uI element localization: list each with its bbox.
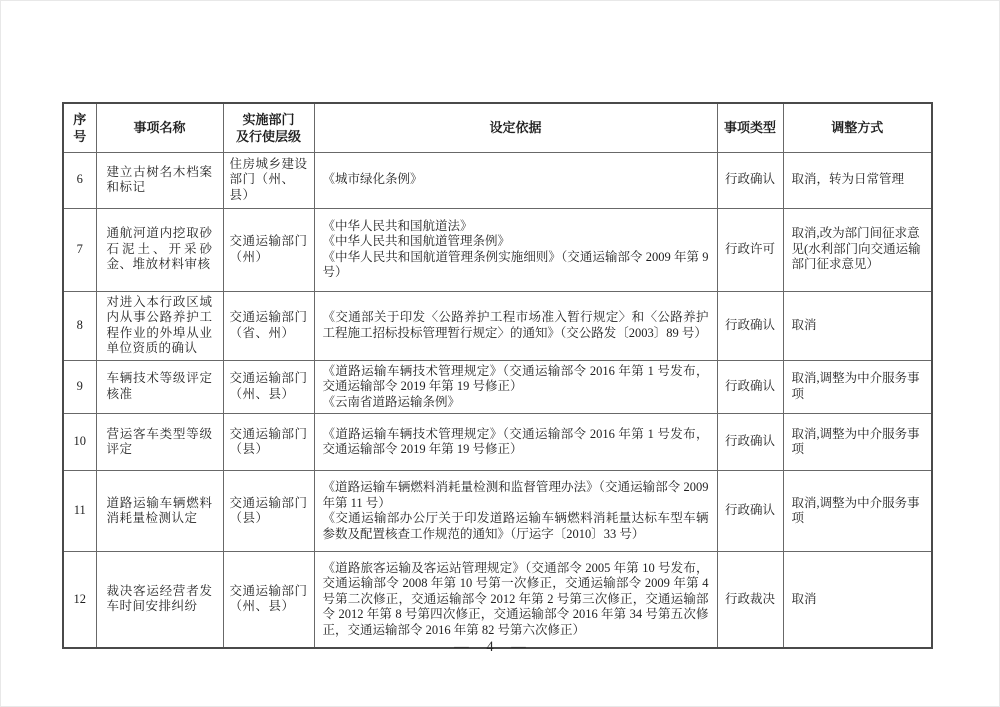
table-row: 12 裁决客运经营者发车时间安排纠纷 交通运输部门 （州、县） 《道路旅客运输及… bbox=[63, 552, 932, 648]
row-serial-number-cell: 7 bbox=[63, 208, 96, 291]
department-cell: 交通运输部门 （州） bbox=[223, 208, 314, 291]
item-type-cell: 行政确认 bbox=[717, 291, 783, 360]
table-body: 6 建立古树名木档案和标记 住房城乡建设 部门（州、县） 《城市绿化条例》 行政… bbox=[63, 152, 932, 648]
header-row: 序 号 事项名称 实施部门 及行使层级 设定依据 事项类型 调整方式 bbox=[63, 103, 932, 152]
item-type-cell: 行政许可 bbox=[717, 208, 783, 291]
table-row: 10 营运客车类型等级评定 交通运输部门 （县） 《道路运输车辆技术管理规定》（… bbox=[63, 414, 932, 471]
item-type-cell: 行政确认 bbox=[717, 152, 783, 208]
legal-basis-entry: 《中华人民共和国航道管理条例实施细则》（交通运输部令 2009 年第 9 号） bbox=[323, 250, 709, 281]
page-number-footer: — 4 — bbox=[1, 639, 981, 656]
item-name-cell: 车辆技术等级评定核准 bbox=[96, 360, 223, 414]
header-item-type: 事项类型 bbox=[717, 103, 783, 152]
legal-basis-cell: 《道路运输车辆技术管理规定》（交通运输部令 2016 年第 1 号发布，交通运输… bbox=[314, 360, 717, 414]
items-table: 序 号 事项名称 实施部门 及行使层级 设定依据 事项类型 调整方式 6 建立古… bbox=[62, 102, 933, 649]
legal-basis-cell: 《城市绿化条例》 bbox=[314, 152, 717, 208]
legal-basis-cell: 《中华人民共和国航道法》《中华人民共和国航道管理条例》《中华人民共和国航道管理条… bbox=[314, 208, 717, 291]
adjustment-cell: 取消,调整为中介服务事项 bbox=[783, 471, 932, 552]
legal-basis-cell: 《交通部关于印发〈公路养护工程市场准入暂行规定〉和〈公路养护工程施工招标投标管理… bbox=[314, 291, 717, 360]
legal-basis-entry: 《交通运输部办公厅关于印发道路运输车辆燃料消耗量达标车型车辆参数及配置核查工作规… bbox=[323, 511, 709, 542]
legal-basis-entry: 《中华人民共和国航道管理条例》 bbox=[323, 234, 709, 250]
item-name-cell: 裁决客运经营者发车时间安排纠纷 bbox=[96, 552, 223, 648]
department-cell: 交通运输部门 （省、州） bbox=[223, 291, 314, 360]
adjustment-cell: 取消 bbox=[783, 291, 932, 360]
adjustment-cell: 取消,改为部门间征求意见(水利部门向交通运输部门征求意见） bbox=[783, 208, 932, 291]
table-row: 8 对进入本行政区域内从事公路养护工程作业的外埠从业单位资质的确认 交通运输部门… bbox=[63, 291, 932, 360]
item-name-cell: 道路运输车辆燃料消耗量检测认定 bbox=[96, 471, 223, 552]
header-legal-basis: 设定依据 bbox=[314, 103, 717, 152]
item-type-cell: 行政确认 bbox=[717, 414, 783, 471]
table-header: 序 号 事项名称 实施部门 及行使层级 设定依据 事项类型 调整方式 bbox=[63, 103, 932, 152]
header-adjustment: 调整方式 bbox=[783, 103, 932, 152]
item-type-cell: 行政确认 bbox=[717, 360, 783, 414]
row-serial-number-cell: 6 bbox=[63, 152, 96, 208]
legal-basis-entry: 《道路运输车辆燃料消耗量检测和监督管理办法》（交通运输部令 2009 年第 11… bbox=[323, 480, 709, 511]
header-item-name: 事项名称 bbox=[96, 103, 223, 152]
legal-basis-entry: 《道路旅客运输及客运站管理规定》（交通部令 2005 年第 10 号发布，交通运… bbox=[323, 561, 709, 639]
adjustment-cell: 取消，转为日常管理 bbox=[783, 152, 932, 208]
department-cell: 交通运输部门 （县） bbox=[223, 414, 314, 471]
adjustment-cell: 取消,调整为中介服务事项 bbox=[783, 360, 932, 414]
item-name-cell: 建立古树名木档案和标记 bbox=[96, 152, 223, 208]
table-row: 7 通航河道内挖取砂石泥土、开采砂金、堆放材料审核 交通运输部门 （州） 《中华… bbox=[63, 208, 932, 291]
item-type-cell: 行政确认 bbox=[717, 471, 783, 552]
legal-basis-entry: 《道路运输车辆技术管理规定》（交通运输部令 2016 年第 1 号发布，交通运输… bbox=[323, 364, 709, 395]
row-serial-number-cell: 12 bbox=[63, 552, 96, 648]
item-name-cell: 对进入本行政区域内从事公路养护工程作业的外埠从业单位资质的确认 bbox=[96, 291, 223, 360]
item-type-cell: 行政裁决 bbox=[717, 552, 783, 648]
legal-basis-entry: 《道路运输车辆技术管理规定》（交通运输部令 2016 年第 1 号发布，交通运输… bbox=[323, 427, 709, 458]
row-serial-number-cell: 10 bbox=[63, 414, 96, 471]
item-name-cell: 通航河道内挖取砂石泥土、开采砂金、堆放材料审核 bbox=[96, 208, 223, 291]
row-serial-number-cell: 8 bbox=[63, 291, 96, 360]
row-serial-number-cell: 9 bbox=[63, 360, 96, 414]
adjustment-cell: 取消,调整为中介服务事项 bbox=[783, 414, 932, 471]
department-cell: 交通运输部门 （州、县） bbox=[223, 552, 314, 648]
header-serial-number: 序 号 bbox=[63, 103, 96, 152]
department-cell: 交通运输部门 （州、县） bbox=[223, 360, 314, 414]
table-row: 6 建立古树名木档案和标记 住房城乡建设 部门（州、县） 《城市绿化条例》 行政… bbox=[63, 152, 932, 208]
table-row: 9 车辆技术等级评定核准 交通运输部门 （州、县） 《道路运输车辆技术管理规定》… bbox=[63, 360, 932, 414]
legal-basis-entry: 《交通部关于印发〈公路养护工程市场准入暂行规定〉和〈公路养护工程施工招标投标管理… bbox=[323, 310, 709, 341]
header-department: 实施部门 及行使层级 bbox=[223, 103, 314, 152]
document-page: 序 号 事项名称 实施部门 及行使层级 设定依据 事项类型 调整方式 6 建立古… bbox=[0, 0, 1000, 707]
legal-basis-cell: 《道路旅客运输及客运站管理规定》（交通部令 2005 年第 10 号发布，交通运… bbox=[314, 552, 717, 648]
legal-basis-entry: 《中华人民共和国航道法》 bbox=[323, 219, 709, 235]
row-serial-number-cell: 11 bbox=[63, 471, 96, 552]
item-name-cell: 营运客车类型等级评定 bbox=[96, 414, 223, 471]
items-table-container: 序 号 事项名称 实施部门 及行使层级 设定依据 事项类型 调整方式 6 建立古… bbox=[62, 102, 933, 649]
legal-basis-entry: 《云南省道路运输条例》 bbox=[323, 395, 709, 411]
department-cell: 住房城乡建设 部门（州、县） bbox=[223, 152, 314, 208]
legal-basis-cell: 《道路运输车辆技术管理规定》（交通运输部令 2016 年第 1 号发布，交通运输… bbox=[314, 414, 717, 471]
table-row: 11 道路运输车辆燃料消耗量检测认定 交通运输部门 （县） 《道路运输车辆燃料消… bbox=[63, 471, 932, 552]
legal-basis-entry: 《城市绿化条例》 bbox=[323, 172, 709, 188]
adjustment-cell: 取消 bbox=[783, 552, 932, 648]
legal-basis-cell: 《道路运输车辆燃料消耗量检测和监督管理办法》（交通运输部令 2009 年第 11… bbox=[314, 471, 717, 552]
department-cell: 交通运输部门 （县） bbox=[223, 471, 314, 552]
